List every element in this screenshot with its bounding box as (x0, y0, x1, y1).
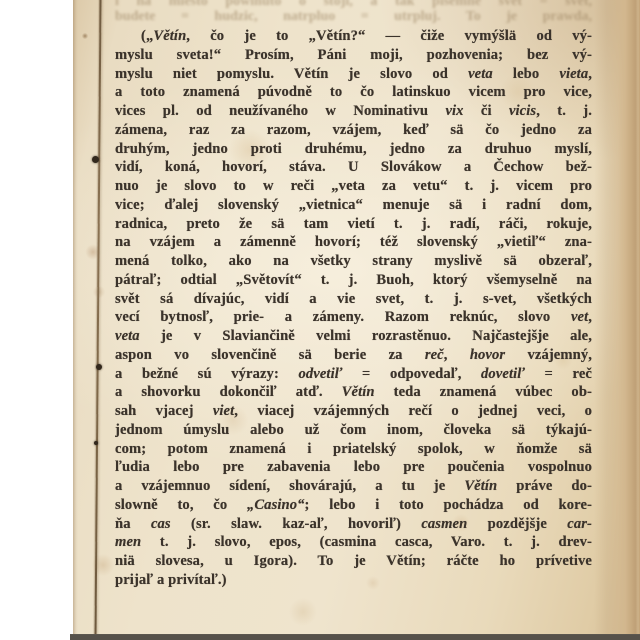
text-segment: teda znamená vúbec ob- (375, 384, 592, 400)
text-line: sah vjacej viet, viacej vzájemných rečí … (115, 402, 592, 421)
italic-text-segment: vet (571, 309, 588, 325)
book-page: i na miesto powinuto o stoji, a tak pise… (73, 0, 640, 640)
italic-text-segment: Větín (342, 384, 375, 400)
text-segment: , viacej vzájemných rečí o jednej veci, … (234, 403, 592, 419)
text-segment: slowně to, čo (115, 497, 247, 513)
page-text: („Větín, čo je to „Větín?“ — čiže vymýšl… (115, 27, 592, 590)
text-segment: a bežné sú výrazy: (115, 366, 298, 382)
text-line: radnica, preto že sä tam vietí t. j. rad… (115, 215, 592, 234)
text-segment: („ (141, 28, 153, 44)
text-segment: vice; ďalej slovenský „vietnica“ menuje … (115, 197, 592, 213)
text-segment: , čo je to „Větín?“ — čiže vymýšlä od vý… (186, 28, 592, 44)
binding-crease (94, 0, 101, 640)
text-segment: vzájemný, (505, 347, 592, 363)
text-line: a vzájemnuo sídení, shovárajú, a tu je V… (115, 477, 592, 496)
text-line: niä slovesa, u Igora). To je Větín; ráčt… (115, 552, 592, 571)
italic-text-segment: car- (567, 516, 592, 532)
text-segment: (sr. slaw. kaz-aľ, hovoriľ) (171, 516, 422, 532)
text-segment: niä slovesa, u Igora). To je Větín; ráčt… (115, 553, 592, 569)
text-segment: prijaľ a privítaľ.) (115, 572, 227, 588)
text-line: vecí bytnosľ, prie- a zámeny. Razom rekn… (115, 308, 592, 327)
text-segment: pozdějšje (467, 516, 567, 532)
italic-text-segment: veta (115, 328, 140, 344)
page-edge-left (73, 0, 78, 640)
text-segment: radnica, preto že sä tam vietí t. j. rad… (115, 216, 592, 232)
text-line: a bežné sú výrazy: odvetiľ = odpovedaľ, … (115, 365, 592, 384)
text-line: a shovorku dokončiľ atď. Větín teda znam… (115, 383, 592, 402)
text-segment: , (588, 309, 592, 325)
text-line: na vzájem a zámenně hovorí; též slovensk… (115, 233, 592, 252)
text-line: („Větín, čo je to „Větín?“ — čiže vymýšl… (115, 27, 592, 46)
text-line: a toto znamená púvodně to čo latinskuo v… (115, 83, 592, 102)
text-segment: svět sá dívajúc, vidí a vie svet, t. j. … (115, 291, 592, 307)
text-segment: mená tolko, ako na všetky strany myslivě… (115, 253, 592, 269)
italic-text-segment: Větín (153, 28, 186, 44)
text-line: svět sá dívajúc, vidí a vie svet, t. j. … (115, 290, 592, 309)
bleedthrough-text: i na miesto powinuto o stoji, a tak pise… (115, 0, 592, 24)
text-segment: , (588, 66, 592, 82)
stitch-hole (96, 364, 102, 370)
text-segment: na vzájem a zámenně hovorí; též slovensk… (115, 234, 592, 250)
text-segment: , t. j. (536, 103, 592, 119)
text-segment: nuo je slovo to w reči „veta za vetu“ t.… (115, 178, 592, 194)
text-segment: t. j. slovo, epos, (casmina casca, Varo.… (141, 534, 592, 550)
text-segment: pátraľ; odtial „Světovít“ t. j. Buoh, kt… (115, 272, 592, 288)
text-segment: ľudia lebo pre zabavenia lebo pre poučen… (115, 459, 592, 475)
italic-text-segment: viet (213, 403, 234, 419)
text-segment: = reč (525, 366, 592, 382)
text-segment: aspon vo slovenčině sä berie za (115, 347, 425, 363)
text-line: com; potom znamená i priatelský spolok, … (115, 440, 592, 459)
text-line: vice; ďalej slovenský „vietnica“ menuje … (115, 196, 592, 215)
text-line: prijaľ a privítaľ.) (115, 571, 592, 590)
italic-text-segment: odvetiľ (298, 366, 342, 382)
text-line: ňa cas (sr. slaw. kaz-aľ, hovoriľ) casme… (115, 515, 592, 534)
stitch-hole (94, 441, 98, 445)
page-edge-right (594, 0, 640, 640)
text-line: vices pl. od neužívaného w Nominativu vi… (115, 102, 592, 121)
italic-text-segment: vieta (559, 66, 588, 82)
text-line: mená tolko, ako na všetky strany myslivě… (115, 252, 592, 271)
text-segment: sah vjacej (115, 403, 213, 419)
text-segment: ňa (115, 516, 151, 532)
text-line: ľudia lebo pre zabavenia lebo pre poučen… (115, 458, 592, 477)
text-line: zámena, raz za razom, vzájem, keď sä čo … (115, 121, 592, 140)
text-segment: myslu sveta!“ Prosím, Páni moji, pozhove… (115, 47, 592, 63)
italic-text-segment: men (115, 534, 141, 550)
stitch-hole (92, 156, 99, 163)
text-segment: vecí bytnosľ, prie- a zámeny. Razom rekn… (115, 309, 571, 325)
text-line: myslu sveta!“ Prosím, Páni moji, pozhove… (115, 46, 592, 65)
text-segment: jednom úmyslu alebo už čom inom, človeka… (115, 422, 592, 438)
text-line: vidí, koná, hovorí, stáva. U Slovákow a … (115, 158, 592, 177)
text-segment: vices pl. od neužívaného w Nominativu (115, 103, 445, 119)
text-segment: a vzájemnuo sídení, shovárajú, a tu je (115, 478, 464, 494)
italic-text-segment: reč (425, 347, 444, 363)
text-segment: = odpovedaľ, (342, 366, 481, 382)
italic-text-segment: vicis (509, 103, 536, 119)
text-segment: je v Slaviančině velmi rozrastěnuo. Najč… (140, 328, 592, 344)
text-line: druhým, jedno proti druhému, jedno za dr… (115, 140, 592, 159)
text-segment: a shovorku dokončiľ atď. (115, 384, 342, 400)
text-line: slowně to, čo „Casino“; lebo i toto poch… (115, 496, 592, 515)
text-line: veta je v Slaviančině velmi rozrastěnuo.… (115, 327, 592, 346)
italic-text-segment: dovetiľ (481, 366, 525, 382)
italic-text-segment: casmen (421, 516, 467, 532)
italic-text-segment: vix (445, 103, 463, 119)
text-line: pátraľ; odtial „Světovít“ t. j. Buoh, kt… (115, 271, 592, 290)
text-segment: ; lebo i toto pochádza od kore- (305, 497, 592, 513)
text-line: aspon vo slovenčině sä berie za reč, hov… (115, 346, 592, 365)
text-segment: myslu niet pomyslu. Větín je slovo od (115, 66, 468, 82)
text-segment: com; potom znamená i priatelský spolok, … (115, 441, 592, 457)
italic-text-segment: cas (151, 516, 171, 532)
italic-text-segment: veta (468, 66, 493, 82)
italic-text-segment: „Casino“ (247, 497, 305, 513)
text-segment: zámena, raz za razom, vzájem, keď sä čo … (115, 122, 592, 138)
italic-text-segment: Větín (464, 478, 497, 494)
text-segment: lebo (493, 66, 560, 82)
text-line: myslu niet pomyslu. Větín je slovo od ve… (115, 65, 592, 84)
text-segment: práve do- (497, 478, 592, 494)
text-line: jednom úmyslu alebo už čom inom, človeka… (115, 421, 592, 440)
scan-edge-strip (70, 634, 640, 640)
italic-text-segment: hovor (470, 347, 505, 363)
text-segment: druhým, jedno proti druhému, jedno za dr… (115, 141, 592, 157)
text-line: men t. j. slovo, epos, (casmina casca, V… (115, 533, 592, 552)
text-segment: , (444, 347, 470, 363)
text-segment: či (464, 103, 509, 119)
text-segment: vidí, koná, hovorí, stáva. U Slovákow a … (115, 159, 592, 175)
bleedthrough-line: budete = hudzic, natrpluo = utrpluj. To … (115, 9, 592, 24)
text-segment: a toto znamená púvodně to čo latinskuo v… (115, 84, 592, 100)
scan-background: i na miesto powinuto o stoji, a tak pise… (0, 0, 640, 640)
text-line: nuo je slovo to w reči „veta za vetu“ t.… (115, 177, 592, 196)
bleedthrough-line: i na miesto powinuto o stoji, a tak pise… (115, 0, 592, 9)
